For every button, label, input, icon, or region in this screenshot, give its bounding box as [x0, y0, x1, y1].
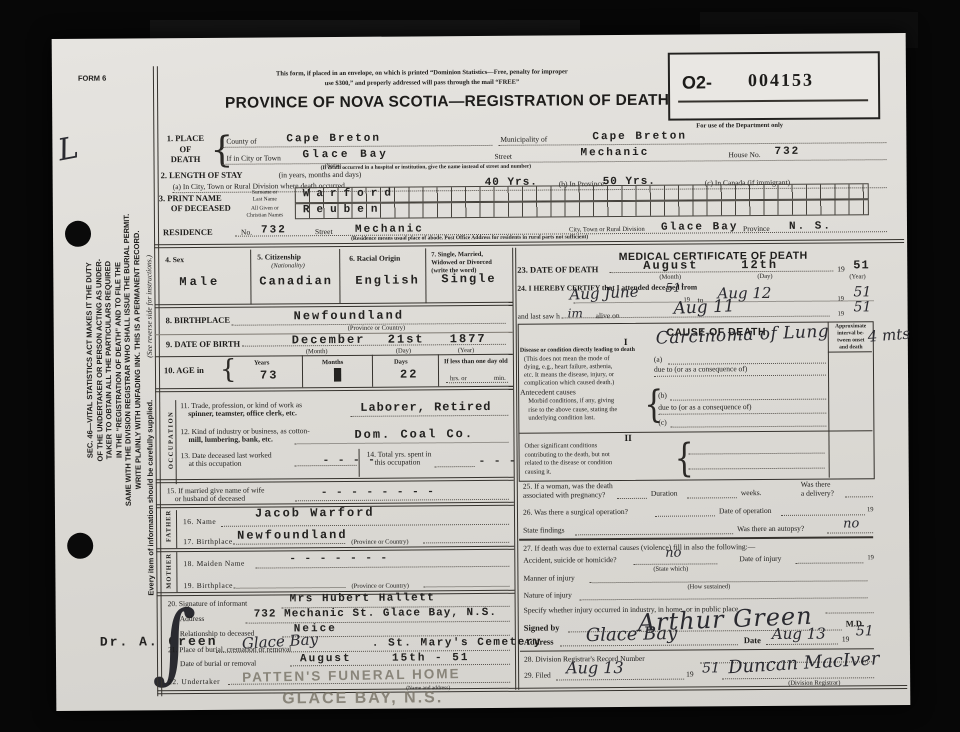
informant-label: 20. Signature of informant: [168, 600, 248, 609]
year-prefix: 19: [867, 506, 874, 514]
him-handwritten: im: [568, 307, 583, 321]
dotted-line: [446, 382, 508, 383]
dotted-line: [246, 621, 510, 624]
given-name-value: Reuben: [303, 204, 385, 217]
supply-note: Every item of information should be care…: [145, 400, 155, 596]
given-name-label: All Given or Christian Names: [237, 205, 293, 219]
citizenship-value: Canadian: [259, 275, 333, 289]
dotted-line: [423, 542, 509, 544]
nature-label: Nature of injury: [524, 591, 572, 600]
dotted-line: [795, 562, 863, 563]
signature-date-label: Date: [744, 636, 761, 646]
cell-divider: [438, 354, 439, 386]
dotted-line: [655, 515, 715, 516]
form-code: FORM 6: [78, 75, 106, 84]
pregnancy-label: 25. If a woman, was the death associated…: [523, 482, 613, 500]
year-prefix: 19: [686, 671, 694, 680]
due-to-label: due to (or as a consequence of): [658, 403, 751, 412]
age-months-value: █: [334, 369, 342, 383]
vital-statistics-duty-note: SEC. 46—VITAL STATISTICS ACT MAKES IT TH…: [83, 157, 143, 562]
racial-origin-value: English: [355, 274, 420, 288]
due-to-label: due to (or as a consequence of): [654, 365, 747, 374]
dotted-line: [233, 543, 345, 545]
age-years-value: 73: [260, 369, 279, 383]
interval-note: Approximate interval be- tween onset and…: [830, 323, 872, 351]
cell-divider: [372, 355, 373, 387]
handwritten-margin-mark: L: [55, 131, 81, 169]
place-of-death-label: 1. PLACE OF DEATH: [158, 133, 212, 165]
municipality-label: Municipality of: [500, 136, 547, 145]
dotted-line: [222, 145, 492, 148]
informant-name: Mrs Hubert Hallett: [290, 592, 436, 606]
cell-divider: [359, 449, 360, 477]
mother-maiden-value: - - - - - - -: [289, 553, 388, 566]
dotted-line: [221, 524, 509, 527]
house-no-label: House No.: [728, 151, 760, 160]
accident-handwritten: no: [665, 547, 681, 562]
last-worked-label2: at this occupation: [189, 460, 242, 469]
age-months-label: Months: [322, 359, 343, 367]
dotted-line: [294, 442, 508, 444]
signed-by-label: Signed by: [524, 623, 560, 633]
filed-date-handwritten: Aug 13: [566, 659, 624, 678]
disease-label-main: Disease or condition directly leading to…: [520, 347, 635, 355]
surname-value: Warford: [303, 188, 398, 201]
rule: [176, 552, 177, 592]
municipality-value: Cape Breton: [592, 131, 687, 144]
dotted-line: [350, 415, 508, 417]
external-heading: 27. If death was due to external causes …: [523, 543, 755, 553]
brace-icon: {: [220, 356, 237, 386]
autopsy-label: Was there an autopsy?: [737, 525, 804, 534]
street-label: Street: [494, 153, 512, 162]
rule: [156, 549, 514, 553]
attended-from-handwritten: Aug June: [569, 284, 639, 304]
rule: [156, 480, 514, 484]
physician-address-label: Address: [524, 638, 554, 648]
province-country-note: (Province or Country): [351, 539, 408, 547]
findings-label: State findings: [523, 526, 565, 535]
age-days-value: 22: [400, 368, 419, 382]
county-label: County of: [226, 138, 256, 147]
mother-birthplace-label: 19. Birthplace: [183, 582, 233, 591]
rule: [678, 99, 868, 102]
cause-c-label: (c): [658, 419, 666, 428]
mail-note-line1: This form, if placed in an envelope, on …: [212, 68, 632, 78]
antecedent-label-note: Morbid conditions, if any, giving rise t…: [528, 397, 617, 423]
informant-address: 732 Mechanic St. Glace Bay, N.S.: [254, 607, 497, 621]
injury-date-label: Date of injury: [739, 555, 781, 564]
dotted-line: [575, 533, 733, 535]
attended-from-year-handwritten: 51': [665, 282, 684, 296]
cause-b-label: (b): [658, 392, 667, 401]
father-birthplace-value: Newfoundland: [237, 529, 348, 544]
state-which-note: (State which): [653, 566, 688, 574]
year-note: (Year): [849, 273, 865, 281]
delivery-label: Was there a delivery?: [801, 481, 834, 498]
dotted-line: [609, 271, 833, 274]
accident-label: Accident, suicide or homicide?: [523, 556, 616, 565]
age-years-label: Years: [254, 359, 270, 367]
total-yrs-value: - - -: [479, 456, 517, 469]
industry-value: Dom. Coal Co.: [354, 428, 474, 443]
death-date-label: 23. DATE OF DEATH: [517, 265, 598, 275]
brace-icon: {: [674, 437, 693, 482]
burial-place-handwritten: Glace Bay: [241, 631, 318, 653]
dotted-line: [560, 644, 738, 646]
total-yrs-label2: this occupation: [375, 458, 421, 467]
surname-label: Surname or Last Name: [241, 189, 289, 203]
last-saw-label: and last saw h: [518, 312, 560, 321]
dotted-line: [435, 466, 475, 467]
spouse-value: - - - - - - - -: [321, 486, 435, 499]
cell-divider: [250, 250, 251, 305]
dotted-line: [295, 499, 509, 501]
mother-maiden-label: 18. Maiden Name: [183, 560, 245, 569]
rule: [175, 400, 177, 484]
department-note: For use of the Department only: [696, 122, 783, 130]
funeral-home-stamp-line2: GLACE BAY, N.S.: [282, 689, 443, 709]
length-of-stay-note: (in years, months and days): [279, 171, 362, 180]
county-value: Cape Breton: [286, 133, 381, 146]
birthplace-value: Newfoundland: [294, 310, 405, 325]
work-label2: spinner, teamster, office clerk, etc.: [188, 409, 297, 418]
burial-place-typed: . St. Mary's Cemetery: [372, 637, 542, 651]
day-note: (Day): [757, 273, 772, 281]
dotted-line: [580, 597, 868, 600]
burial-date-label: Date of burial or removal: [180, 660, 256, 669]
dotted-line: [827, 532, 873, 533]
length-of-stay-label: 2. LENGTH OF STAY: [161, 171, 243, 181]
age-less-note: If less than one day old: [444, 358, 508, 366]
registration-number: 004153: [748, 70, 814, 91]
year-prefix: 19: [837, 295, 844, 303]
attended-to-year-handwritten: 51: [853, 284, 871, 300]
informant-address-label: Address: [180, 615, 205, 624]
cause-interval-handwritten: 4 mts: [867, 326, 910, 346]
citizenship-label: 5. Citizenship: [257, 253, 301, 262]
dotted-line: [556, 679, 684, 681]
city-label: If in City or Town: [226, 154, 280, 163]
city-value: Glace Bay: [302, 149, 389, 162]
dotted-line: [845, 496, 873, 497]
filed-label: 29. Filed: [524, 672, 551, 681]
spouse-label2: or husband of deceased: [175, 495, 245, 504]
dotted-line: [766, 644, 838, 646]
antecedent-label-main: Antecedent causes: [520, 388, 576, 397]
dotted-line: [423, 586, 509, 588]
weeks-label: weeks.: [741, 489, 762, 498]
rule: [155, 354, 513, 357]
signature-date-handwritten: Aug 13: [772, 626, 826, 644]
medical-certificate-title: MEDICAL CERTIFICATE OF DEATH: [553, 249, 873, 263]
age-label: 10. AGE in: [164, 366, 204, 376]
cause-part2: II: [624, 434, 631, 445]
duration-label: Duration: [651, 490, 678, 499]
operation-date-label: Date of operation: [719, 507, 772, 516]
autopsy-handwritten: no: [843, 517, 859, 532]
other-conditions-label: Other significant conditions contributin…: [524, 442, 612, 477]
age-days-label: Days: [394, 359, 408, 367]
signature-year-handwritten: 51: [856, 623, 874, 639]
manner-label: Manner of injury: [523, 574, 574, 583]
birthplace-label: 8. BIRTHPLACE: [166, 316, 230, 326]
death-registration-form: L FORM 6 SEC. 46—VITAL STATISTICS ACT MA…: [52, 33, 911, 711]
rule: [176, 510, 177, 548]
sex-value: Male: [179, 276, 220, 290]
form-title: PROVINCE OF NOVA SCOTIA—REGISTRATION OF …: [182, 91, 712, 113]
house-no-value: 732: [774, 146, 800, 159]
dotted-line: [687, 497, 737, 498]
burial-date-month: August: [300, 653, 352, 666]
division-registrar-signature: Duncan MacIver: [728, 649, 880, 679]
province-country-note: (Province or Country): [351, 583, 408, 591]
citizenship-note: (Nationality): [271, 262, 305, 270]
dotted-line: [234, 587, 346, 589]
cause-a-label: (a): [654, 356, 662, 365]
cell-divider: [302, 355, 303, 387]
rule: [155, 305, 513, 309]
residence-label: RESIDENCE: [163, 228, 213, 238]
dotted-line: [255, 566, 509, 569]
rule: [519, 536, 873, 540]
dotted-line: [826, 612, 874, 613]
dotted-line: [290, 664, 510, 667]
industry-label2: mill, lumbering, bank, etc.: [188, 435, 272, 444]
dotted-line: [617, 498, 647, 499]
filed-year-handwritten: 51: [702, 660, 720, 676]
last-alive-year-handwritten: 51: [854, 299, 872, 315]
cell-divider: [425, 248, 426, 303]
operation-label: 26. Was there a surgical operation?: [523, 508, 628, 517]
year-prefix: 19: [842, 635, 850, 644]
scanned-death-registration: L FORM 6 SEC. 46—VITAL STATISTICS ACT MA…: [0, 0, 960, 732]
how-sustained-note: (How sustained): [687, 583, 730, 591]
physician-address-handwritten: Glace Bay: [586, 624, 678, 647]
registration-prefix: O2-: [682, 72, 712, 93]
year-prefix: 19: [867, 554, 874, 562]
mail-note-line2: use $300,” and properly addressed will p…: [212, 78, 632, 88]
dob-label: 9. DATE OF BIRTH: [166, 340, 240, 350]
registration-number-box: O2- 004153: [668, 51, 880, 120]
dotted-line: [498, 142, 886, 146]
cell-divider: [339, 249, 340, 304]
birthplace-note: (Province or Country): [348, 325, 405, 333]
division-registrar-note: (Division Registrar): [788, 679, 840, 687]
racial-origin-label: 6. Racial Origin: [349, 255, 400, 264]
father-birthplace-label: 17. Birthplace: [183, 538, 233, 547]
marital-value: Single: [441, 273, 496, 287]
death-year: 51: [853, 259, 870, 273]
sex-label: 4. Sex: [165, 256, 184, 265]
undertaker-label: 22. Undertaker: [168, 678, 220, 687]
reverse-side-note: (See reverse side for instructions.): [144, 255, 154, 358]
disease-label-note: (This does not mean the mode of dying, e…: [524, 355, 614, 388]
father-name-label: 16. Name: [183, 518, 216, 527]
work-value: Laborer, Retired: [360, 401, 491, 416]
street-value: Mechanic: [580, 147, 649, 160]
print-name-label2: OF DECEASED: [171, 204, 231, 214]
year-prefix: 19: [838, 310, 845, 318]
year-prefix: 19: [837, 265, 845, 274]
father-name-value: Jacob Warford: [255, 507, 375, 522]
rule: [155, 389, 513, 393]
